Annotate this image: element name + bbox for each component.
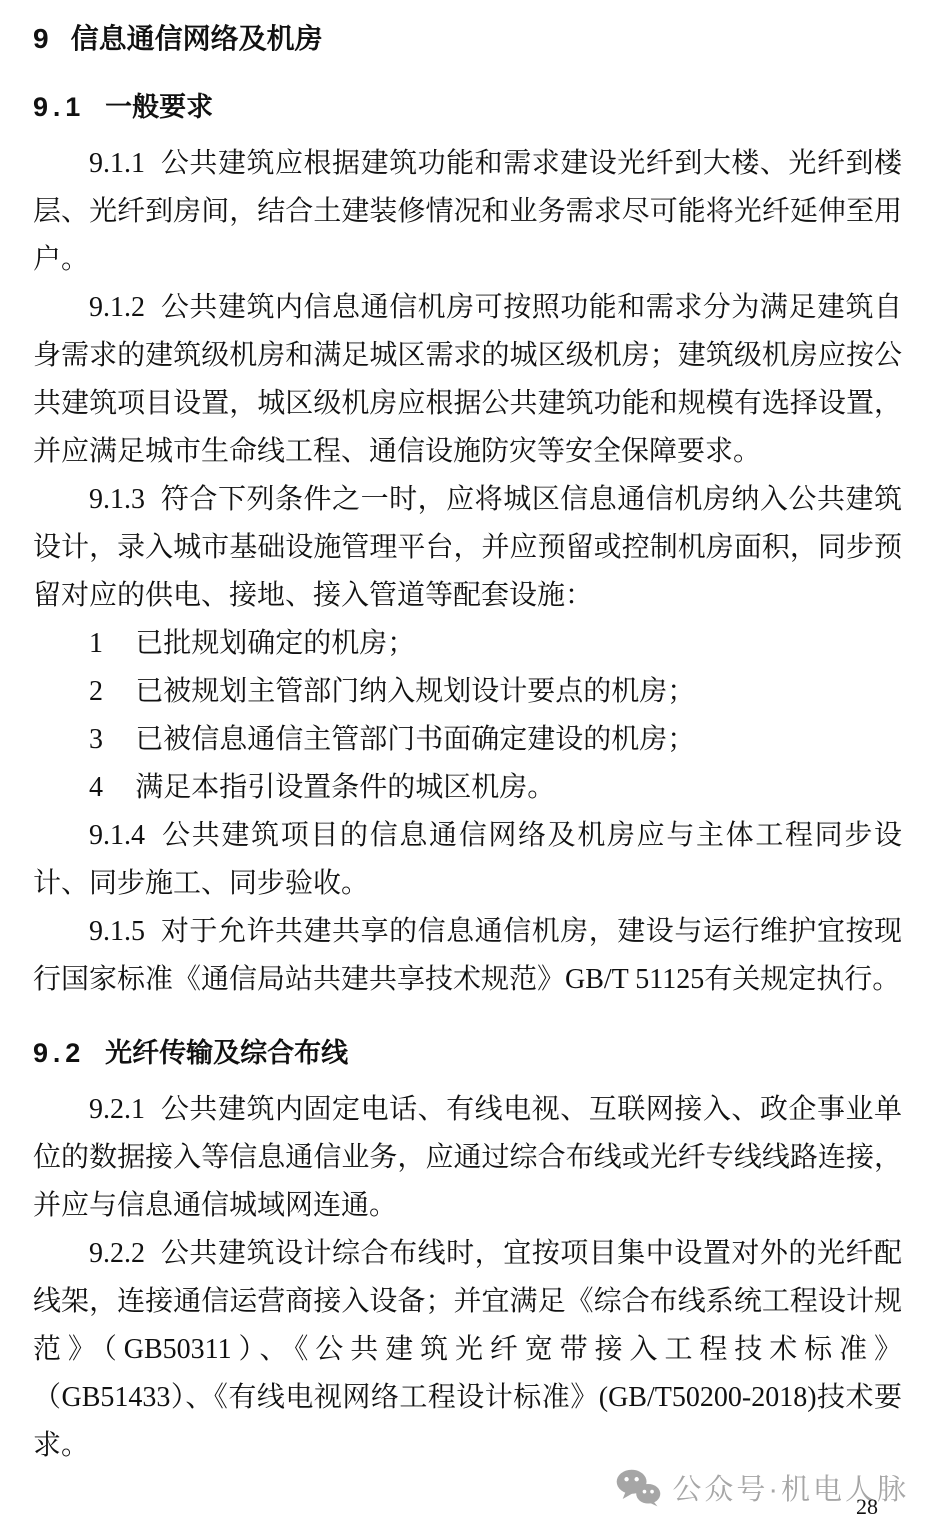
chapter-title: 信息通信网络及机房	[71, 23, 323, 54]
chapter-number: 9	[33, 23, 49, 54]
clause-text: 公共建筑内信息通信机房可按照功能和需求分为满足建筑自身需求的建筑级机房和满足城区…	[33, 292, 902, 467]
clause-9-1-2: 9.1.2公共建筑内信息通信机房可按照功能和需求分为满足建筑自身需求的建筑级机房…	[33, 284, 902, 476]
item-number: 2	[89, 676, 103, 707]
section-title: 一般要求	[105, 92, 213, 122]
clause-number: 9.1.2	[89, 292, 145, 323]
section-heading-9-2: 9.2光纤传输及综合布线	[33, 1034, 902, 1072]
clause-9-1-3: 9.1.3符合下列条件之一时，应将城区信息通信机房纳入公共建筑设计，录入城市基础…	[33, 476, 902, 620]
clause-number: 9.2.2	[89, 1238, 145, 1269]
section-title: 光纤传输及综合布线	[105, 1038, 348, 1068]
list-item-1: 1已批规划确定的机房；	[33, 620, 902, 668]
clause-9-2-2: 9.2.2公共建筑设计综合布线时，宜按项目集中设置对外的光纤配线架，连接通信运营…	[33, 1230, 902, 1470]
clause-9-2-1: 9.2.1公共建筑内固定电话、有线电视、互联网接入、政企事业单位的数据接入等信息…	[33, 1086, 902, 1230]
clause-number: 9.1.1	[89, 148, 145, 179]
page-number: 28	[856, 1494, 878, 1520]
item-number: 3	[89, 724, 103, 755]
item-text: 满足本指引设置条件的城区机房。	[135, 772, 555, 803]
item-number: 1	[89, 628, 103, 659]
clause-text: 公共建筑内固定电话、有线电视、互联网接入、政企事业单位的数据接入等信息通信业务，…	[33, 1094, 902, 1221]
clause-number: 9.1.4	[89, 820, 145, 851]
item-text: 已批规划确定的机房；	[135, 628, 415, 659]
section-number: 9.2	[33, 1038, 85, 1068]
clause-text: 公共建筑项目的信息通信网络及机房应与主体工程同步设计、同步施工、同步验收。	[33, 820, 902, 899]
list-item-3: 3已被信息通信主管部门书面确定建设的机房；	[33, 716, 902, 764]
chapter-heading: 9信息通信网络及机房	[33, 20, 902, 58]
clause-number: 9.1.5	[89, 916, 145, 947]
clause-number: 9.2.1	[89, 1094, 145, 1125]
section-9-2-body: 9.2.1公共建筑内固定电话、有线电视、互联网接入、政企事业单位的数据接入等信息…	[33, 1086, 902, 1470]
clause-text: 对于允许共建共享的信息通信机房，建设与运行维护宜按现行国家标准《通信局站共建共享…	[33, 916, 902, 995]
clause-text: 公共建筑应根据建筑功能和需求建设光纤到大楼、光纤到楼层、光纤到房间，结合土建装修…	[33, 148, 902, 275]
clause-9-1-4: 9.1.4公共建筑项目的信息通信网络及机房应与主体工程同步设计、同步施工、同步验…	[33, 812, 902, 908]
item-number: 4	[89, 772, 103, 803]
clause-9-1-1: 9.1.1公共建筑应根据建筑功能和需求建设光纤到大楼、光纤到楼层、光纤到房间，结…	[33, 140, 902, 284]
clause-number: 9.1.3	[89, 484, 145, 515]
list-item-2: 2已被规划主管部门纳入规划设计要点的机房；	[33, 668, 902, 716]
document-page: 9信息通信网络及机房 9.1一般要求 9.1.1公共建筑应根据建筑功能和需求建设…	[0, 0, 935, 1530]
clause-text: 符合下列条件之一时，应将城区信息通信机房纳入公共建筑设计，录入城市基础设施管理平…	[33, 484, 902, 611]
section-9-1-body: 9.1.1公共建筑应根据建筑功能和需求建设光纤到大楼、光纤到楼层、光纤到房间，结…	[33, 140, 902, 1004]
item-text: 已被规划主管部门纳入规划设计要点的机房；	[135, 676, 695, 707]
wechat-icon	[615, 1468, 662, 1507]
section-heading-9-1: 9.1一般要求	[33, 88, 902, 126]
clause-text: 公共建筑设计综合布线时，宜按项目集中设置对外的光纤配线架，连接通信运营商接入设备…	[33, 1238, 902, 1461]
clause-9-1-5: 9.1.5对于允许共建共享的信息通信机房，建设与运行维护宜按现行国家标准《通信局…	[33, 908, 902, 1004]
item-text: 已被信息通信主管部门书面确定建设的机房；	[135, 724, 695, 755]
section-number: 9.1	[33, 92, 85, 122]
list-item-4: 4满足本指引设置条件的城区机房。	[33, 764, 902, 812]
